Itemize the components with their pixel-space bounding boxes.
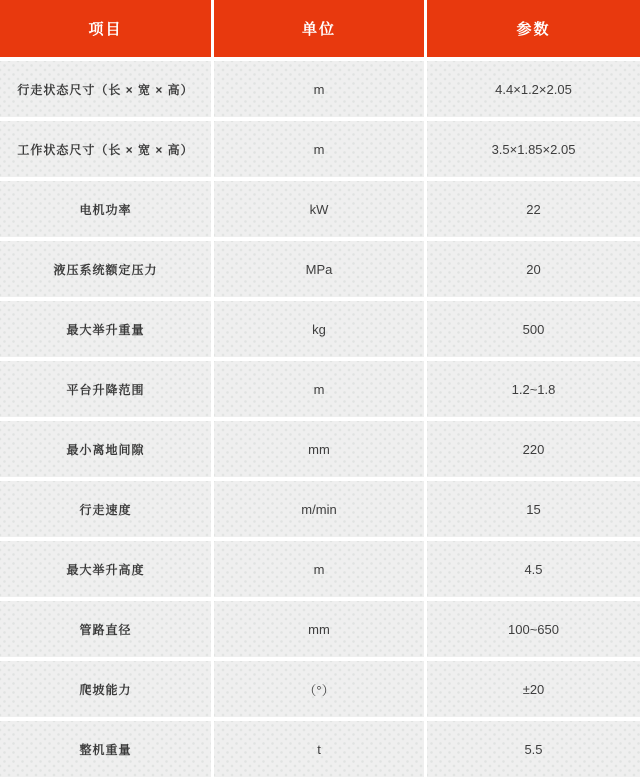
spec-item-label: 爬坡能力 [0,661,211,717]
spec-value: 3.5×1.85×2.05 [427,121,640,177]
spec-value: 20 [427,241,640,297]
column-header-value: 参数 [427,0,640,57]
spec-unit: mm [214,421,424,477]
spec-unit: m [214,121,424,177]
spec-item-label: 最大举升高度 [0,541,211,597]
spec-unit: m [214,61,424,117]
spec-value: ±20 [427,661,640,717]
spec-value: 22 [427,181,640,237]
spec-item-label: 最小离地间隙 [0,421,211,477]
spec-item-label: 平台升降范围 [0,361,211,417]
spec-item-label: 行走状态尺寸（长 × 宽 × 高） [0,61,211,117]
spec-item-label: 管路直径 [0,601,211,657]
spec-item-label: 工作状态尺寸（长 × 宽 × 高） [0,121,211,177]
spec-unit: m/min [214,481,424,537]
spec-value: 1.2~1.8 [427,361,640,417]
spec-unit: m [214,361,424,417]
spec-value: 4.4×1.2×2.05 [427,61,640,117]
spec-unit: kW [214,181,424,237]
column-header-item: 项目 [0,0,211,57]
spec-unit: kg [214,301,424,357]
spec-value: 500 [427,301,640,357]
spec-value: 4.5 [427,541,640,597]
spec-unit: m [214,541,424,597]
spec-unit: mm [214,601,424,657]
spec-value: 15 [427,481,640,537]
spec-value: 100~650 [427,601,640,657]
column-header-unit: 单位 [214,0,424,57]
spec-item-label: 整机重量 [0,721,211,777]
spec-unit: t [214,721,424,777]
spec-value: 220 [427,421,640,477]
spec-item-label: 行走速度 [0,481,211,537]
spec-value: 5.5 [427,721,640,777]
spec-item-label: 最大举升重量 [0,301,211,357]
spec-item-label: 液压系统额定压力 [0,241,211,297]
spec-unit: MPa [214,241,424,297]
spec-table: 项目 单位 参数 行走状态尺寸（长 × 宽 × 高） m 4.4×1.2×2.0… [0,0,640,777]
spec-unit: （°） [214,661,424,717]
spec-item-label: 电机功率 [0,181,211,237]
